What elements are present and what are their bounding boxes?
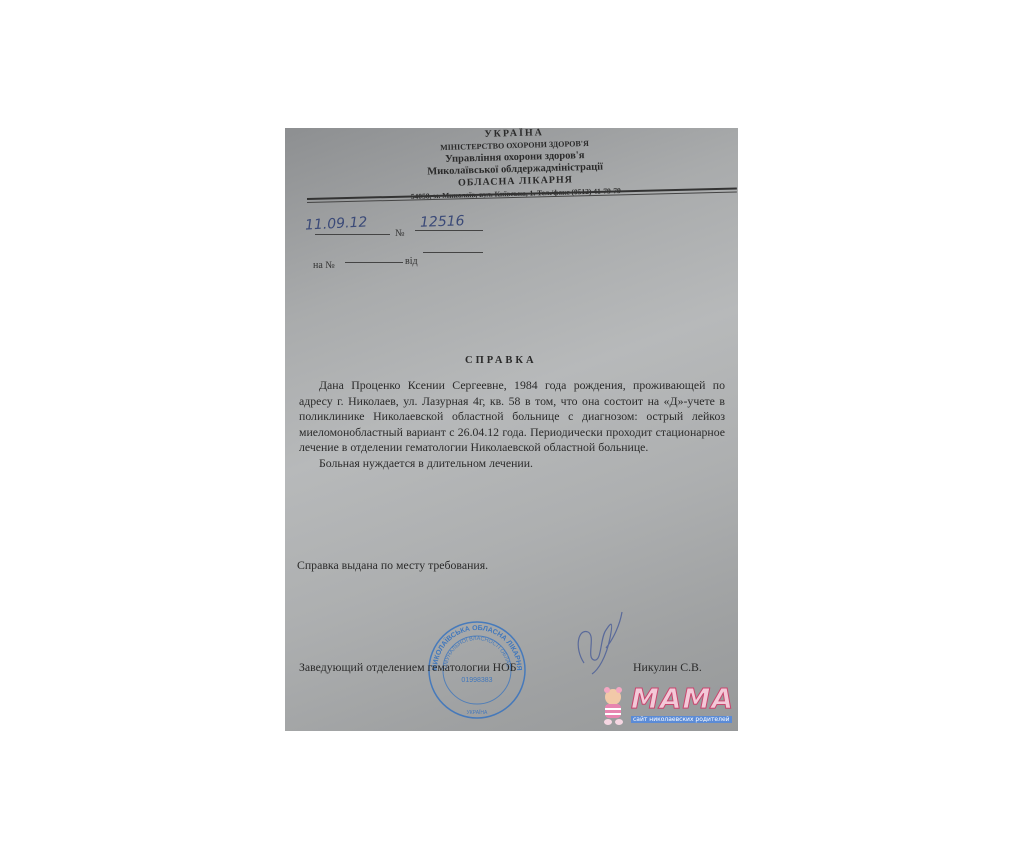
document-photo: УКРАЇНА МІНІСТЕРСТВО ОХОРОНИ ЗДОРОВ'Я Уп… (285, 128, 738, 731)
document-title: СПРАВКА (465, 355, 537, 366)
certificate-paper: УКРАЇНА МІНІСТЕРСТВО ОХОРОНИ ЗДОРОВ'Я Уп… (285, 128, 738, 731)
body-paragraph-need: Больная нуждается в длительном лечении. (299, 456, 725, 472)
document-body: Дана Проценко Ксении Сергеевне, 1984 год… (299, 378, 725, 471)
mama-watermark: MAMA сайт николаевских родителей (591, 682, 738, 728)
body-paragraph-main: Дана Проценко Ксении Сергеевне, 1984 год… (299, 378, 725, 456)
watermark-brand: MAMA (631, 682, 734, 715)
stamp-bottom-text: УКРАЇНА (467, 709, 488, 716)
date-underline (315, 234, 390, 235)
registration-number: 12516 (420, 213, 465, 231)
baby-doll-icon (597, 686, 629, 726)
handwritten-signature (570, 608, 630, 678)
ref-number-line (345, 262, 403, 263)
number-label: № (395, 228, 405, 239)
signatory-name: Никулин С.В. (633, 660, 702, 675)
ref-number-label: на № (313, 260, 335, 271)
registration-date: 11.09.12 (305, 214, 368, 233)
issued-note: Справка выдана по месту требования. (297, 558, 488, 573)
watermark-tagline: сайт николаевских родителей (631, 716, 732, 723)
stamp-code: 01998383 (461, 677, 492, 684)
from-label: від (405, 256, 418, 267)
signatory-title: Заведующий отделением гематологии НОБ (299, 660, 516, 675)
from-line (423, 252, 483, 253)
number-underline (415, 230, 483, 231)
